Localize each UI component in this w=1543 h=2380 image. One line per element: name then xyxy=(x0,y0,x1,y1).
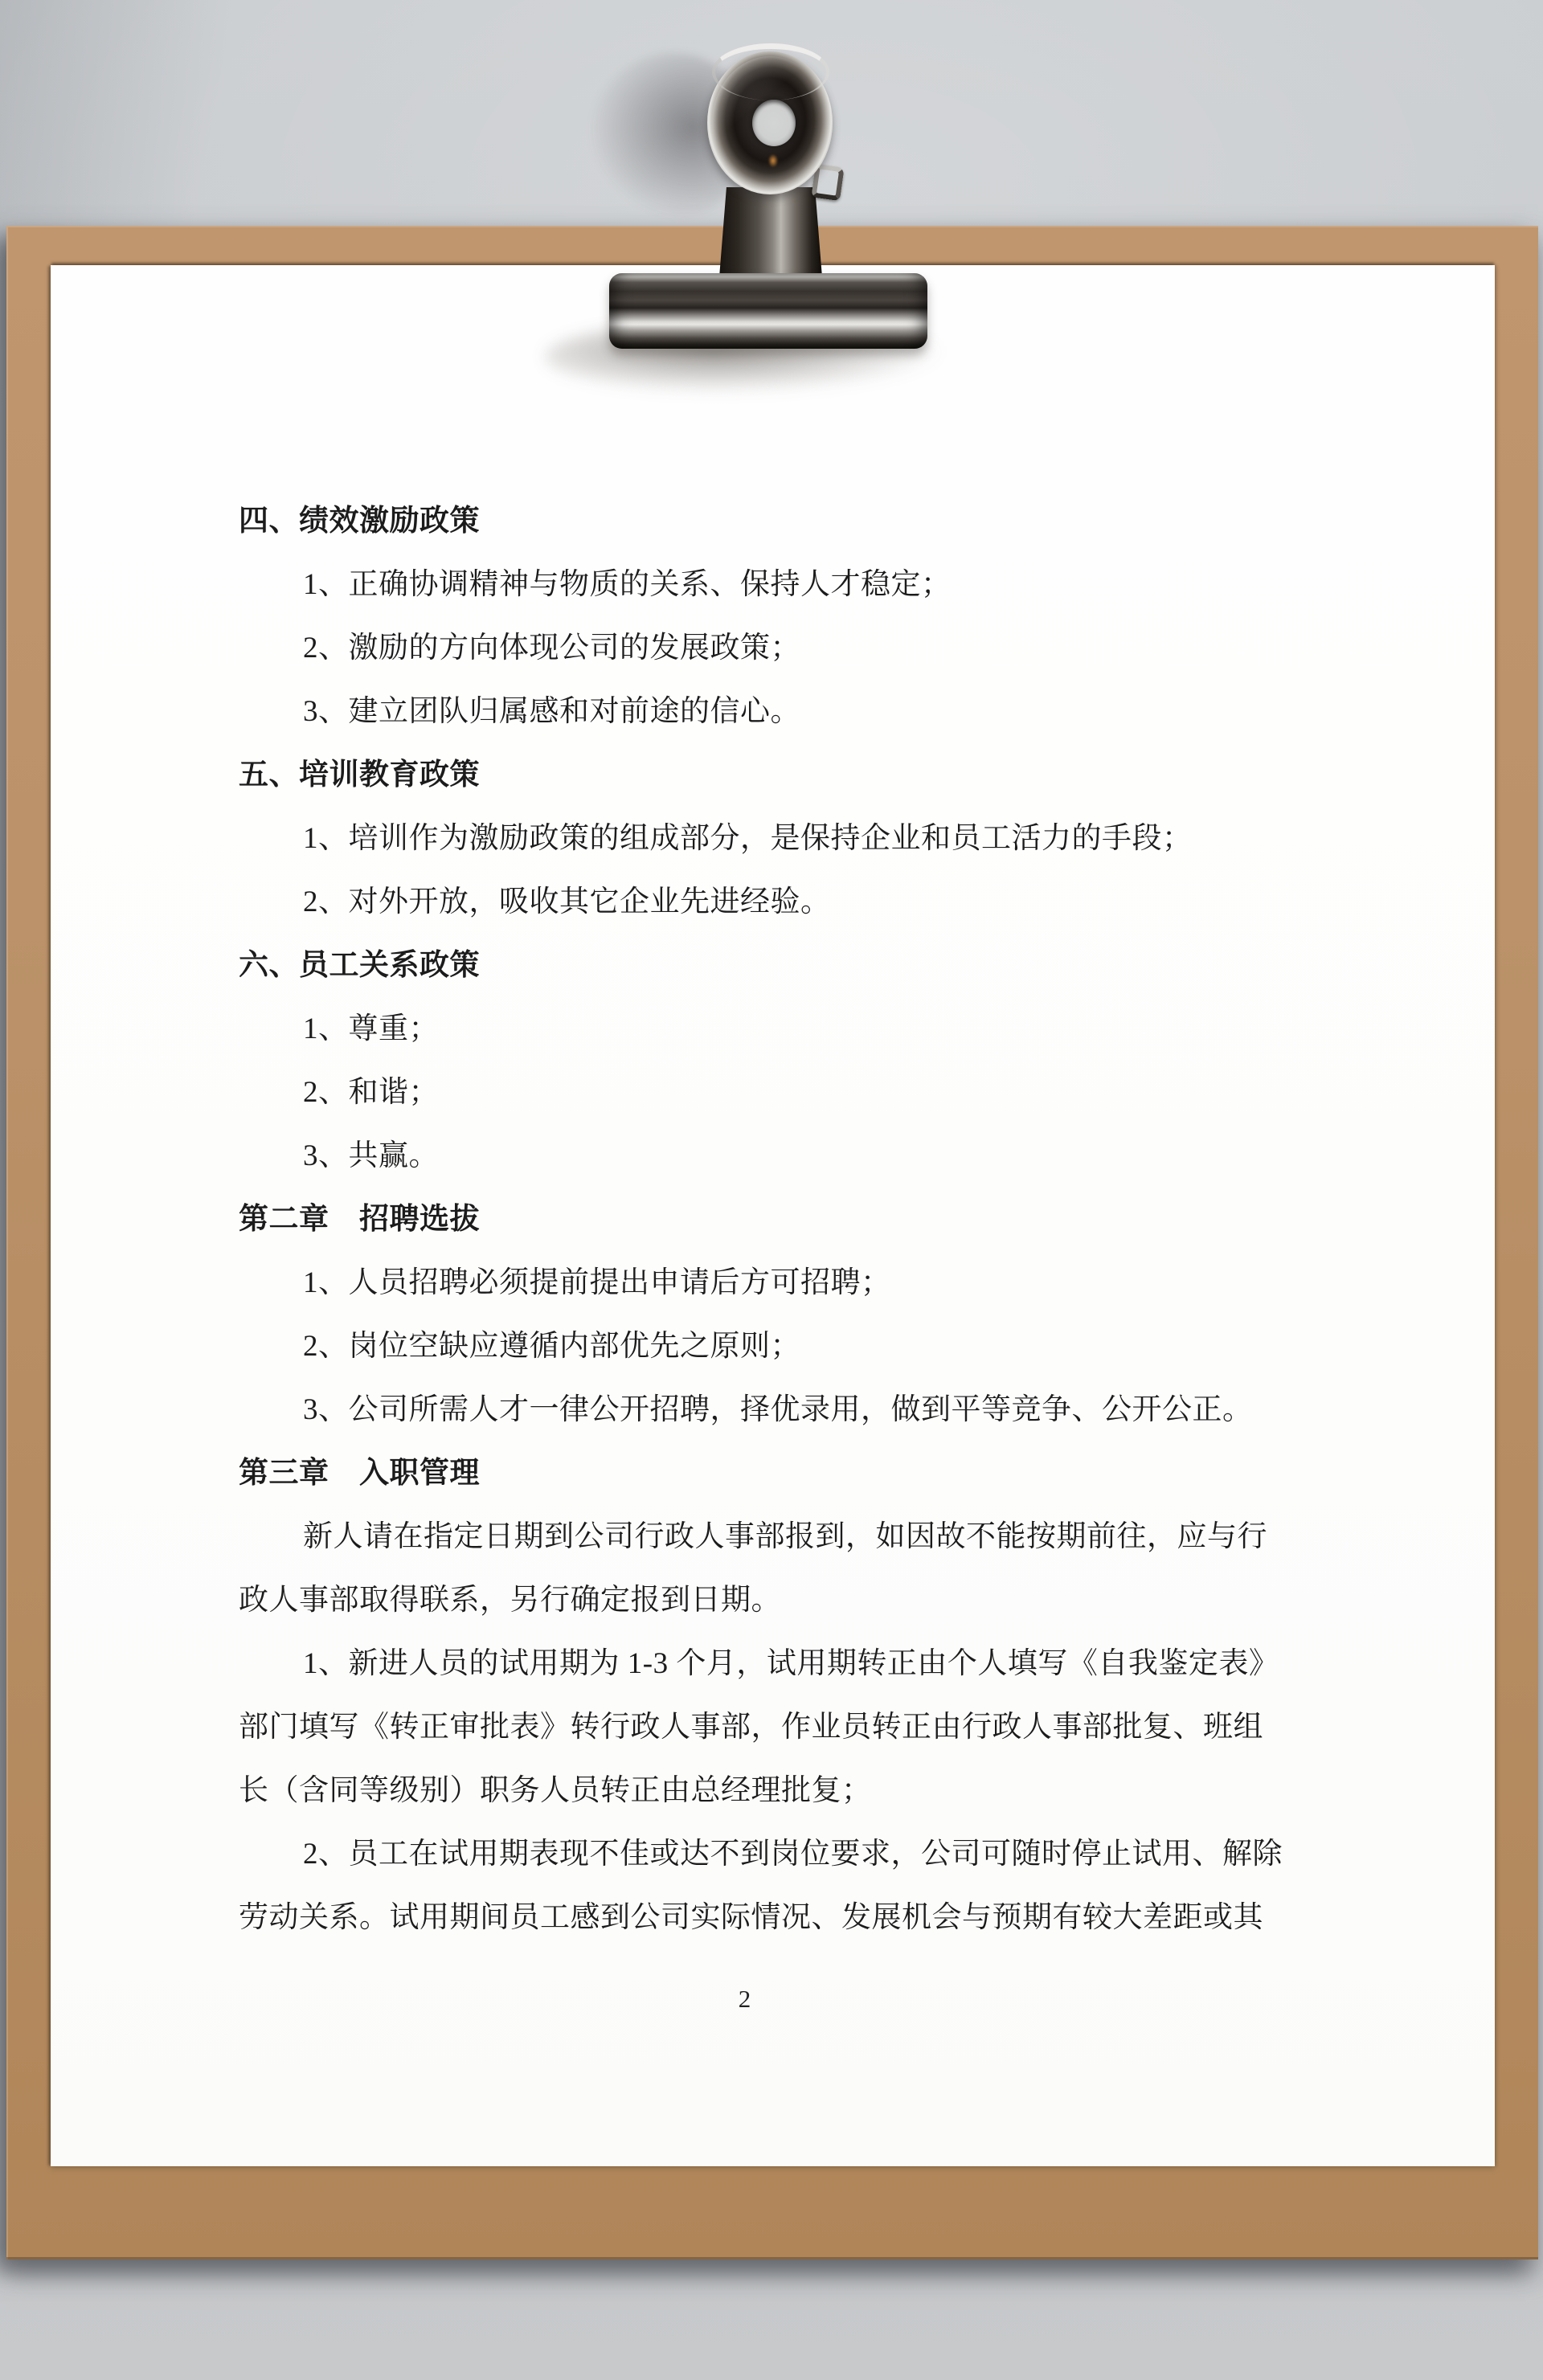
binder-clip-bar xyxy=(609,273,927,349)
document-page: 四、绩效激励政策1、正确协调精神与物质的关系、保持人才稳定；2、激励的方向体现公… xyxy=(51,265,1495,2166)
doc-line-cont: 部门填写《转正审批表》转行政人事部，作业员转正由行政人事部批复、班组 xyxy=(239,1695,1295,1759)
doc-line-item: 2、岗位空缺应遵循内部优先之原则； xyxy=(239,1315,1295,1378)
doc-line-item: 1、新进人员的试用期为 1-3 个月，试用期转正由个人填写《自我鉴定表》 xyxy=(239,1632,1295,1695)
doc-line-heading: 六、员工关系政策 xyxy=(239,934,1295,997)
binder-clip-neck xyxy=(719,187,822,277)
page-number: 2 xyxy=(51,1985,1439,2014)
doc-line-item: 新人请在指定日期到公司行政人事部报到，如因故不能按期前往，应与行 xyxy=(239,1505,1295,1568)
doc-line-heading: 第三章 入职管理 xyxy=(239,1441,1295,1505)
doc-line-heading: 五、培训教育政策 xyxy=(239,743,1295,807)
doc-line-cont: 劳动关系。试用期间员工感到公司实际情况、发展机会与预期有较大差距或其 xyxy=(239,1886,1295,1949)
doc-line-item: 3、建立团队归属感和对前途的信心。 xyxy=(239,680,1295,743)
doc-line-item: 2、对外开放，吸收其它企业先进经验。 xyxy=(239,870,1295,934)
doc-line-cont: 政人事部取得联系，另行确定报到日期。 xyxy=(239,1568,1295,1632)
doc-line-heading: 第二章 招聘选拔 xyxy=(239,1188,1295,1251)
doc-line-item: 1、正确协调精神与物质的关系、保持人才稳定； xyxy=(239,553,1295,616)
binder-clip-glint xyxy=(768,154,778,167)
doc-line-item: 3、共赢。 xyxy=(239,1124,1295,1188)
doc-line-heading: 四、绩效激励政策 xyxy=(239,489,1295,553)
doc-line-item: 2、和谐； xyxy=(239,1061,1295,1124)
binder-clip-hole xyxy=(752,100,796,146)
doc-line-item: 2、激励的方向体现公司的发展政策； xyxy=(239,616,1295,680)
document-text: 四、绩效激励政策1、正确协调精神与物质的关系、保持人才稳定；2、激励的方向体现公… xyxy=(239,489,1295,1949)
doc-line-item: 2、员工在试用期表现不佳或达不到岗位要求，公司可随时停止试用、解除 xyxy=(239,1822,1295,1886)
doc-line-item: 1、尊重； xyxy=(239,997,1295,1061)
doc-line-item: 1、人员招聘必须提前提出申请后方可招聘； xyxy=(239,1251,1295,1315)
doc-line-item: 3、公司所需人才一律公开招聘，择优录用，做到平等竞争、公开公正。 xyxy=(239,1378,1295,1441)
doc-line-cont: 长（含同等级别）职务人员转正由总经理批复； xyxy=(239,1759,1295,1822)
binder-clip-roller xyxy=(707,51,833,194)
doc-line-item: 1、培训作为激励政策的组成部分，是保持企业和员工活力的手段； xyxy=(239,807,1295,870)
